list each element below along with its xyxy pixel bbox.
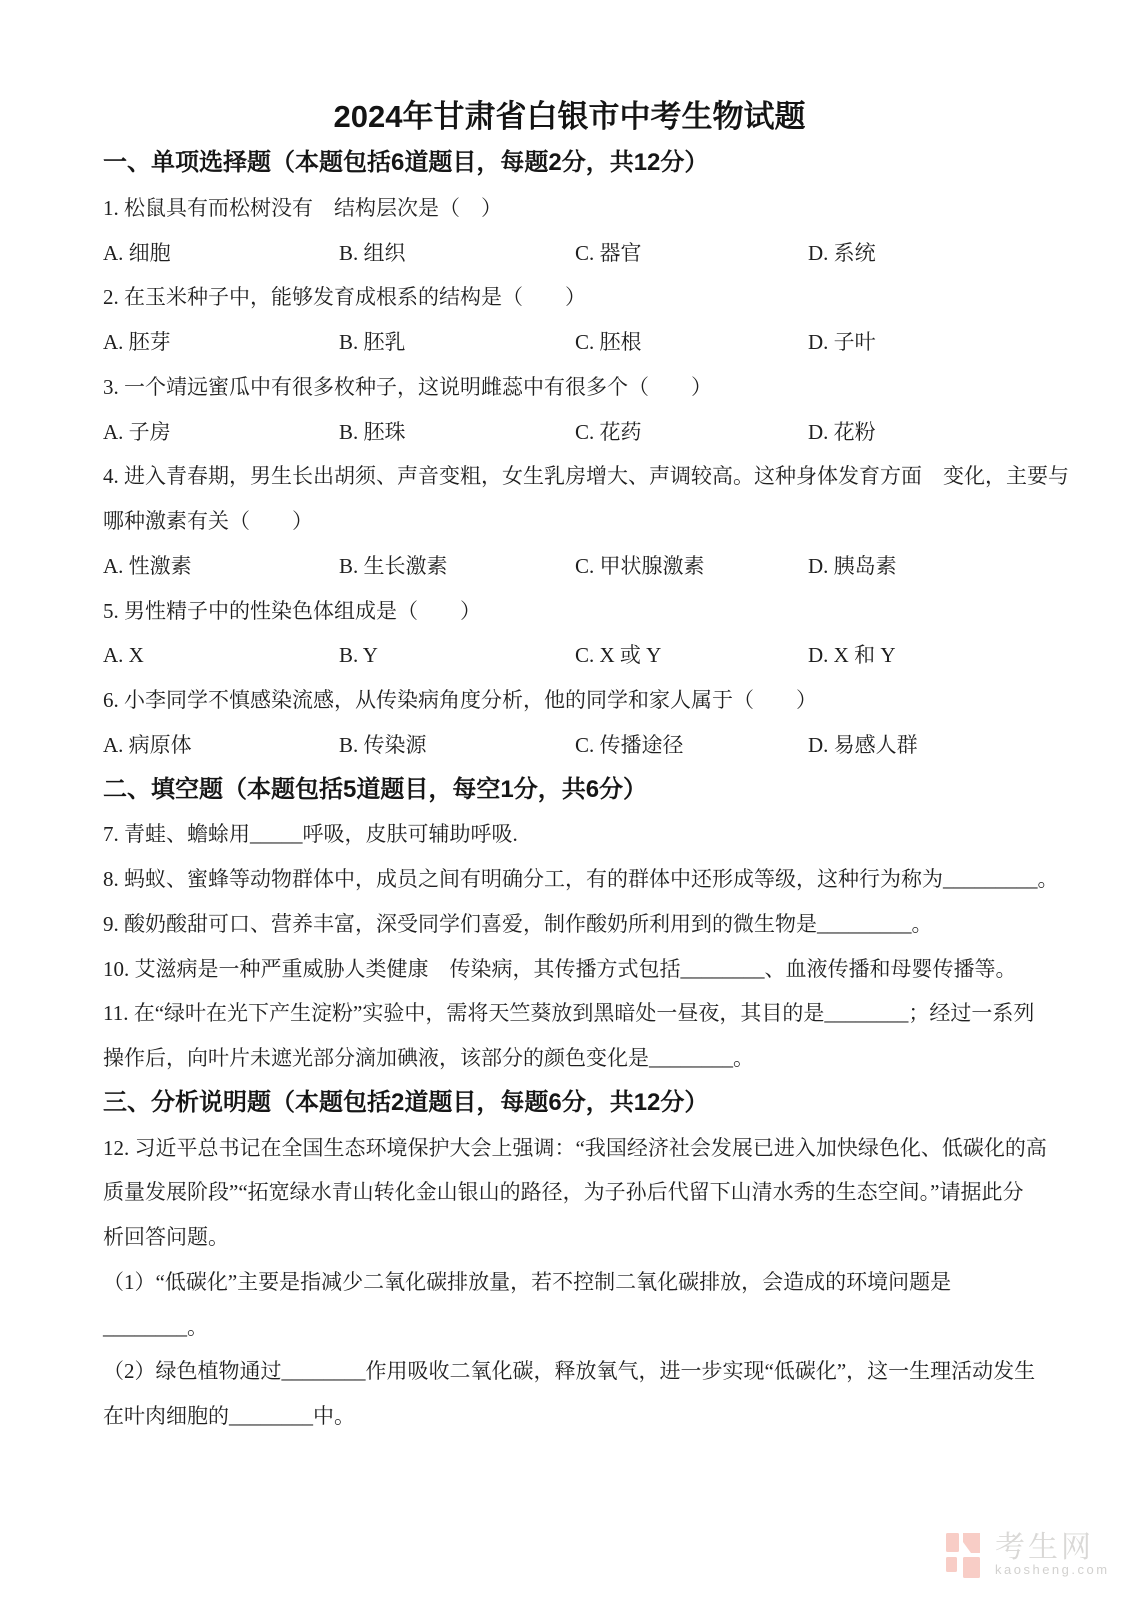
question-1-options: A. 细胞 B. 组织 C. 器官 D. 系统 [103, 231, 1036, 276]
question-12-text-line-1: 12. 习近平总书记在全国生态环境保护大会上强调：“我国经济社会发展已进入加快绿… [103, 1126, 1036, 1171]
option-c: C. X 或 Y [575, 633, 808, 678]
section-3-heading: 三、分析说明题（本题包括2道题目，每题6分，共12分） [103, 1081, 1036, 1126]
question-5-options: A. X B. Y C. X 或 Y D. X 和 Y [103, 633, 1036, 678]
watermark-text: 考生网 kaosheng.com [995, 1533, 1110, 1577]
question-1-text: 1. 松鼠具有而松树没有 结构层次是（ ） [103, 186, 1036, 231]
watermark-site-name: 考生网 [995, 1533, 1110, 1563]
question-5-text: 5. 男性精子中的性染色体组成是（ ） [103, 589, 1036, 634]
question-11-text-line-1: 11. 在“绿叶在光下产生淀粉”实验中，需将天竺葵放到黑暗处一昼夜，其目的是__… [103, 991, 1036, 1036]
option-a: A. 病原体 [103, 723, 339, 768]
option-d: D. 花粉 [808, 410, 876, 455]
option-b: B. 传染源 [339, 723, 575, 768]
option-b: B. 胚珠 [339, 410, 575, 455]
option-a: A. 胚芽 [103, 320, 339, 365]
watermark-domain: kaosheng.com [995, 1563, 1110, 1577]
option-a: A. 子房 [103, 410, 339, 455]
option-c: C. 器官 [575, 231, 808, 276]
option-d: D. 子叶 [808, 320, 876, 365]
question-12-part-1-line-1: （1）“低碳化”主要是指减少二氧化碳排放量，若不控制二氧化碳排放，会造成的环境问… [103, 1260, 1036, 1305]
option-d: D. X 和 Y [808, 633, 896, 678]
exam-page: 2024年甘肃省白银市中考生物试题 一、单项选择题（本题包括6道题目，每题2分，… [0, 0, 1131, 1600]
option-d: D. 胰岛素 [808, 544, 897, 589]
option-d: D. 系统 [808, 231, 876, 276]
page-title: 2024年甘肃省白银市中考生物试题 [103, 93, 1036, 141]
option-c: C. 传播途径 [575, 723, 808, 768]
option-b: B. 组织 [339, 231, 575, 276]
question-12-part-2-line-2: 在叶肉细胞的________中。 [103, 1394, 1036, 1439]
option-c: C. 甲状腺激素 [575, 544, 808, 589]
question-4-text-line-1: 4. 进入青春期，男生长出胡须、声音变粗，女生乳房增大、声调较高。这种身体发育方… [103, 454, 1036, 499]
question-10-text: 10. 艾滋病是一种严重威胁人类健康 传染病，其传播方式包括________、血… [103, 947, 1036, 992]
option-a: A. 性激素 [103, 544, 339, 589]
section-1-heading: 一、单项选择题（本题包括6道题目，每题2分，共12分） [103, 141, 1036, 186]
option-a: A. 细胞 [103, 231, 339, 276]
question-6-text: 6. 小李同学不慎感染流感，从传染病角度分析，他的同学和家人属于（ ） [103, 678, 1036, 723]
question-12-text-line-3: 析回答问题。 [103, 1215, 1036, 1260]
exam-content: 2024年甘肃省白银市中考生物试题 一、单项选择题（本题包括6道题目，每题2分，… [0, 0, 1131, 1439]
kaosheng-logo-icon [946, 1533, 982, 1583]
watermark: 考生网 kaosheng.com [946, 1533, 1110, 1583]
question-3-text: 3. 一个靖远蜜瓜中有很多枚种子，这说明雌蕊中有很多个（ ） [103, 365, 1036, 410]
question-4-text-line-2: 哪种激素有关（ ） [103, 499, 1036, 544]
option-c: C. 胚根 [575, 320, 808, 365]
question-12-part-2-line-1: （2）绿色植物通过________作用吸收二氧化碳，释放氧气，进一步实现“低碳化… [103, 1349, 1036, 1394]
question-11-text-line-2: 操作后，向叶片未遮光部分滴加碘液，该部分的颜色变化是________。 [103, 1036, 1036, 1081]
question-7-text: 7. 青蛙、蟾蜍用_____呼吸，皮肤可辅助呼吸. [103, 812, 1036, 857]
question-12-part-1-line-2: ________。 [103, 1305, 1036, 1350]
question-6-options: A. 病原体 B. 传染源 C. 传播途径 D. 易感人群 [103, 723, 1036, 768]
option-a: A. X [103, 633, 339, 678]
option-b: B. 生长激素 [339, 544, 575, 589]
option-b: B. 胚乳 [339, 320, 575, 365]
question-2-options: A. 胚芽 B. 胚乳 C. 胚根 D. 子叶 [103, 320, 1036, 365]
question-4-options: A. 性激素 B. 生长激素 C. 甲状腺激素 D. 胰岛素 [103, 544, 1036, 589]
question-8-text: 8. 蚂蚁、蜜蜂等动物群体中，成员之间有明确分工，有的群体中还形成等级，这种行为… [103, 857, 1036, 902]
option-b: B. Y [339, 633, 575, 678]
section-2-heading: 二、填空题（本题包括5道题目，每空1分，共6分） [103, 768, 1036, 813]
question-12-text-line-2: 质量发展阶段”“拓宽绿水青山转化金山银山的路径，为子孙后代留下山清水秀的生态空间… [103, 1170, 1036, 1215]
question-9-text: 9. 酸奶酸甜可口、营养丰富，深受同学们喜爱，制作酸奶所利用到的微生物是____… [103, 902, 1036, 947]
option-c: C. 花药 [575, 410, 808, 455]
question-2-text: 2. 在玉米种子中，能够发育成根系的结构是（ ） [103, 275, 1036, 320]
question-3-options: A. 子房 B. 胚珠 C. 花药 D. 花粉 [103, 410, 1036, 455]
option-d: D. 易感人群 [808, 723, 918, 768]
